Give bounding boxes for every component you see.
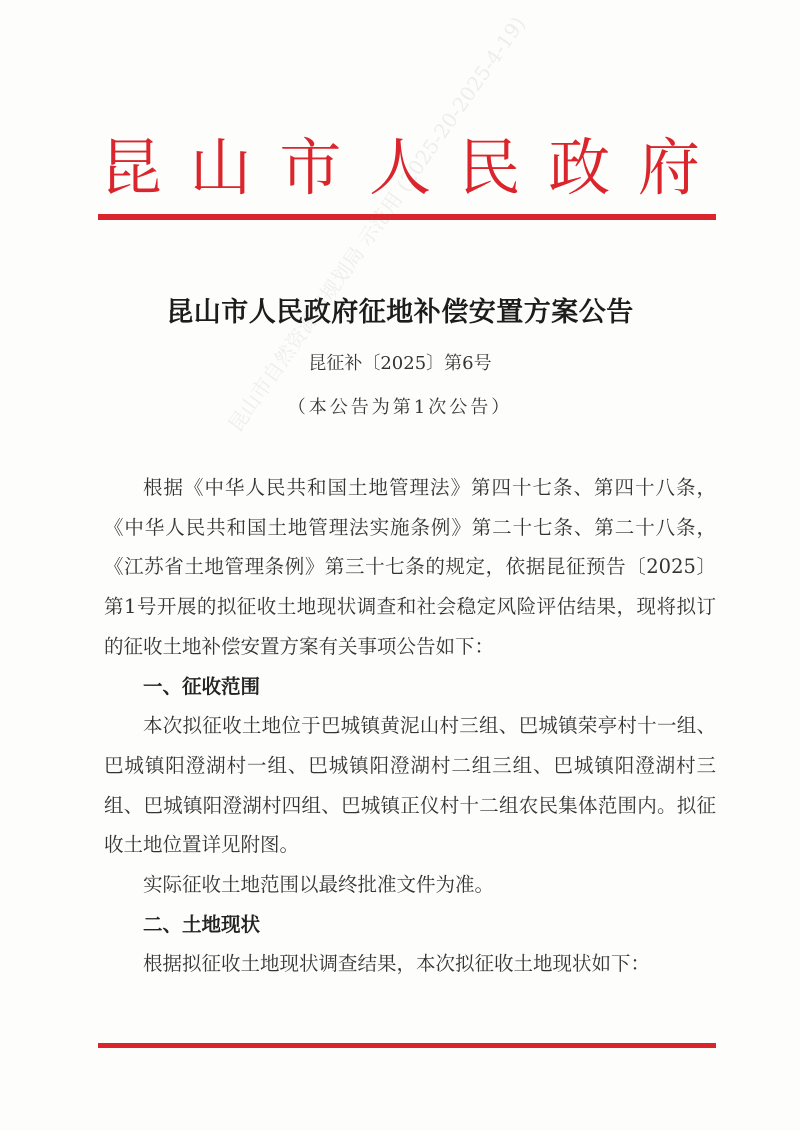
masthead-char: 民	[459, 137, 521, 199]
masthead-divider	[98, 214, 716, 220]
masthead-char: 市	[279, 137, 341, 199]
footer-divider	[98, 1043, 716, 1048]
land-status-paragraph: 根据拟征收土地现状调查结果，本次拟征收土地现状如下：	[104, 944, 716, 984]
document-number: 昆征补〔2025〕第6号	[0, 349, 800, 375]
document-title: 昆山市人民政府征地补偿安置方案公告	[0, 290, 800, 329]
section-heading-land-status: 二、土地现状	[104, 905, 716, 945]
intro-paragraph: 根据《中华人民共和国土地管理法》第四十七条、第四十八条，《中华人民共和国土地管理…	[104, 468, 716, 667]
masthead-char: 昆	[100, 137, 162, 199]
document-note: （本公告为第1次公告）	[0, 393, 800, 419]
masthead-char: 山	[190, 137, 252, 199]
masthead-char: 人	[369, 137, 431, 199]
document-body: 根据《中华人民共和国土地管理法》第四十七条、第四十八条，《中华人民共和国土地管理…	[104, 468, 716, 984]
masthead: 昆 山 市 人 民 政 府	[100, 132, 700, 204]
watermark: 昆山市自然资源和规划局 示范用 (2025-20-2025-4-19)	[220, 43, 508, 436]
masthead-char: 府	[638, 137, 700, 199]
scope-paragraph: 本次拟征收土地位于巴城镇黄泥山村三组、巴城镇荣亭村十一组、巴城镇阳澄湖村一组、巴…	[104, 706, 716, 865]
scope-note-paragraph: 实际征收土地范围以最终批准文件为准。	[104, 865, 716, 905]
section-heading-scope: 一、征收范围	[104, 667, 716, 707]
masthead-char: 政	[548, 137, 610, 199]
